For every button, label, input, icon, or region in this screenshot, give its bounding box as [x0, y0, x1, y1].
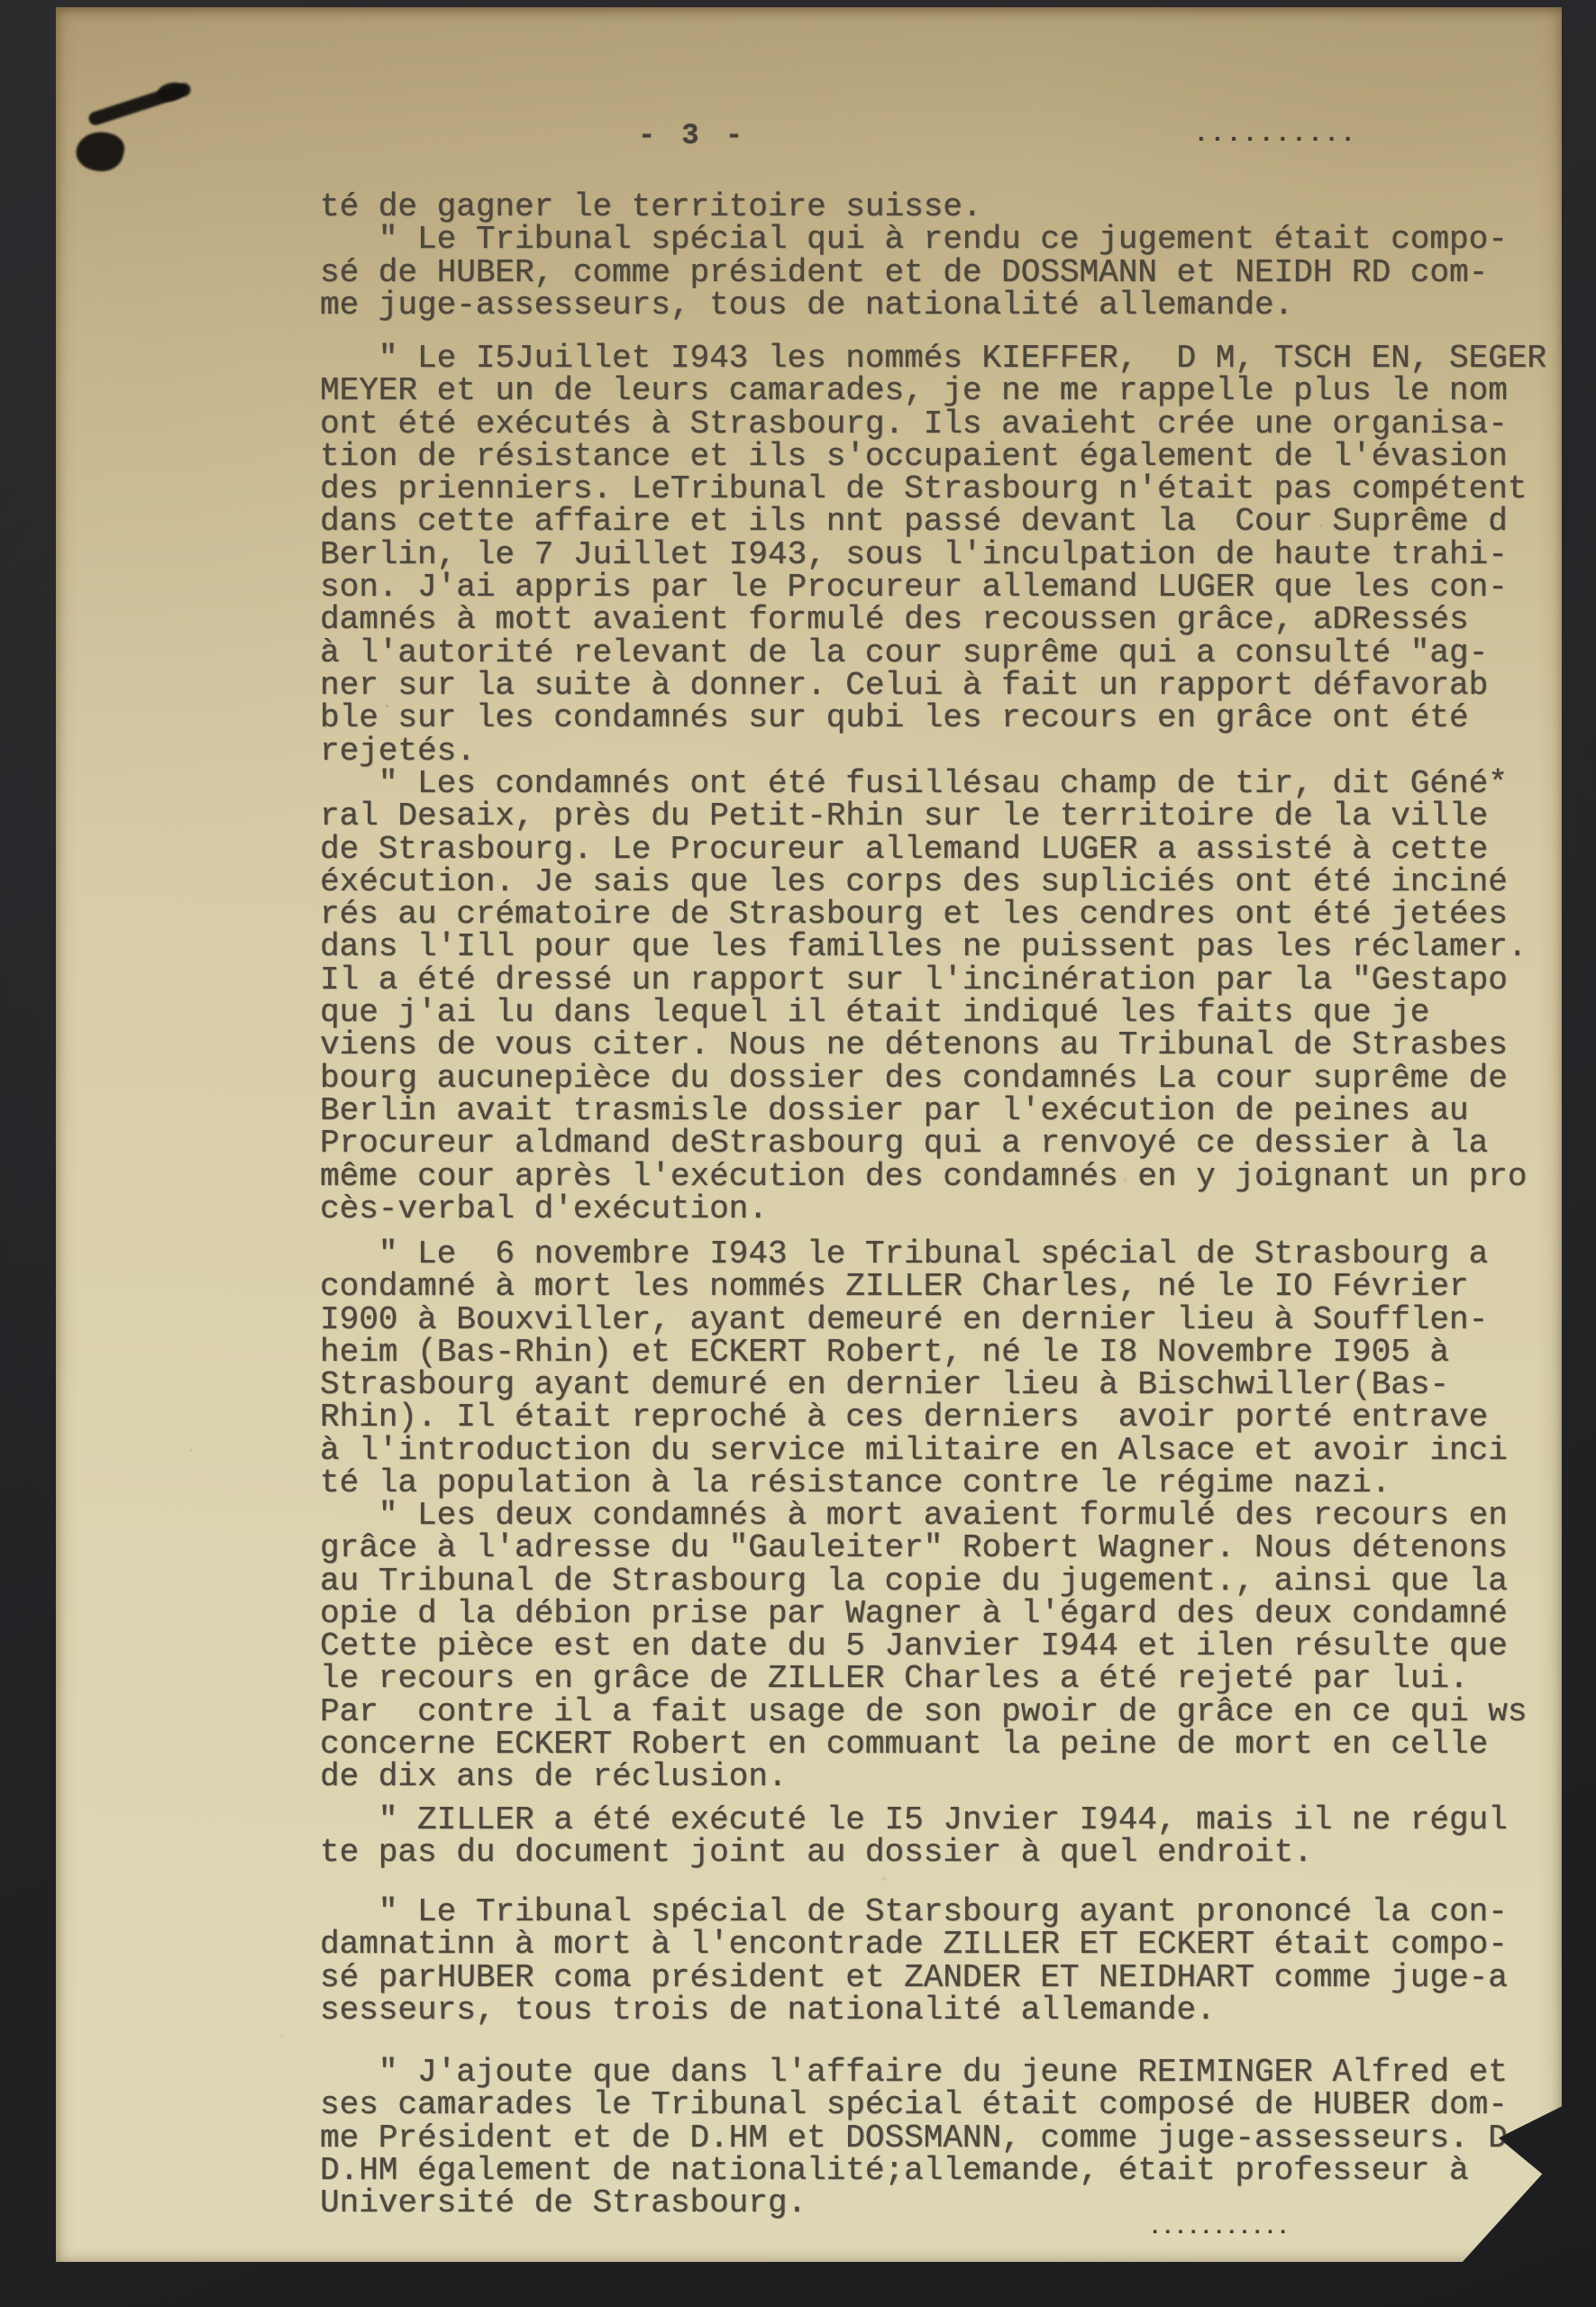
typewritten-paragraph-executions-15-juillet: " Le I5Juillet I943 les nommés KIEFFER, …	[320, 342, 1546, 768]
typewritten-paragraph-continuation: té de gagner le territoire suisse. " Le …	[320, 191, 1508, 322]
ink-stain-blob	[72, 126, 127, 176]
typewritten-paragraph-tribunal-composition: " Le Tribunal spécial de Starsbourg ayan…	[320, 1896, 1508, 2027]
typewritten-paragraph-fusilles-champ-de-tir: " Les condamnés ont été fusillésau champ…	[320, 768, 1527, 1226]
typewritten-paragraph-ziller-eckert-condamnation: " Le 6 novembre I943 le Tribunal spécial…	[320, 1238, 1508, 1500]
typewritten-paragraph-ziller-execution: " ZILLER a été exécuté le I5 Jnvier I944…	[320, 1804, 1508, 1870]
page-number: - 3 -	[638, 119, 747, 152]
dotted-line-bottom: ...........	[1149, 2217, 1290, 2239]
paper-sheet: - 3 - .......... té de gagner le territo…	[56, 7, 1562, 2262]
typewritten-paragraph-reiminger-affaire: " J'ajoute que dans l'affaire du jeune R…	[320, 2056, 1508, 2220]
dotted-line-top: ..........	[1194, 121, 1357, 148]
typewritten-paragraph-recours-en-grace: " Les deux condamnés à mort avaient form…	[320, 1500, 1527, 1794]
